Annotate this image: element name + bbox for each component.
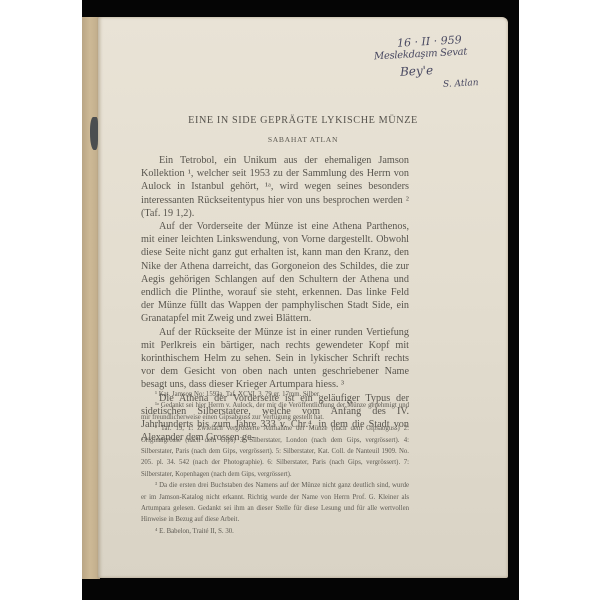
footnote: ² Taf. 19, 1: Zwiefach vergrösserte Aufn… bbox=[141, 423, 409, 480]
footnote: ¹ᵃ Gedankt sei hier Herrn v. Aulock, der… bbox=[141, 400, 409, 423]
paragraph: Auf der Vorderseite der Münze ist eine A… bbox=[141, 220, 409, 326]
article-title: EINE IN SIDE GEPRÄGTE LYKISCHE MÜNZE bbox=[98, 115, 508, 126]
footnotes: ¹ Kat. Jamson No: 1593a. Taf. XCVI. 3. 7… bbox=[141, 389, 409, 537]
article-author: SABAHAT ATLAN bbox=[98, 135, 508, 144]
paragraph: Ein Tetrobol, ein Unikum aus der ehemali… bbox=[141, 154, 409, 220]
footnote: ¹ Kat. Jamson No: 1593a. Taf. XCVI. 3. 7… bbox=[141, 389, 409, 400]
handwritten-recipient: Bey'e bbox=[400, 64, 434, 78]
footnote: ⁴ E. Babelon, Traité II, S. 30. bbox=[141, 526, 409, 537]
handwritten-signature: S. Atlan bbox=[443, 79, 479, 90]
paragraph: Auf der Rückseite der Münze ist in einer… bbox=[141, 326, 409, 392]
footnote: ³ Da die ersten drei Buchstaben des Name… bbox=[141, 480, 409, 526]
spine-tear bbox=[90, 117, 98, 150]
